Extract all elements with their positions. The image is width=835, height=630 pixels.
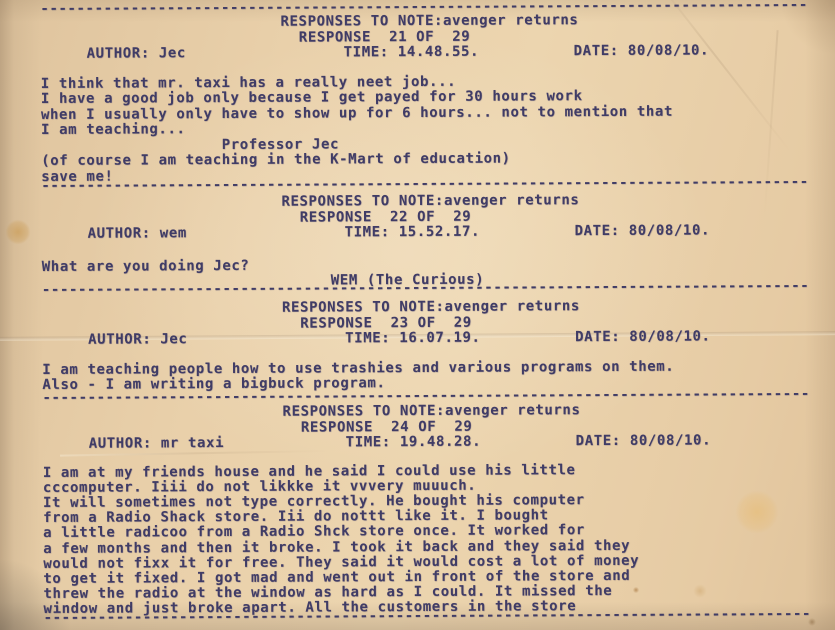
separator-line: ----------------------------------------… — [44, 607, 822, 627]
time-field: TIME:16.07.19. — [345, 331, 481, 347]
response-body: I am at my friends house and he said I c… — [43, 461, 822, 617]
date-label: DATE: — [575, 223, 620, 239]
date-value: 80/08/10. — [619, 42, 709, 58]
author-field: AUTHOR:Jec — [87, 46, 186, 62]
date-value: 80/08/10. — [621, 432, 711, 448]
time-field: TIME:14.48.55. — [344, 45, 480, 61]
author-value: Jec — [151, 331, 187, 347]
author-field: AUTHOR:wem — [88, 226, 187, 242]
author-value: Jec — [150, 45, 186, 61]
response-section-22: RESPONSES TO NOTE:avenger returns RESPON… — [41, 192, 819, 291]
author-label: AUTHOR: — [88, 225, 151, 241]
time-field: TIME:15.52.17. — [345, 225, 481, 241]
date-field: DATE:80/08/10. — [574, 43, 710, 59]
author-value: mr taxi — [152, 435, 224, 451]
date-label: DATE: — [575, 329, 620, 345]
time-label: TIME: — [346, 434, 391, 450]
response-meta: AUTHOR:wem TIME:15.52.17. DATE:80/08/10. — [42, 223, 820, 243]
response-section-23: RESPONSES TO NOTE:avenger returns RESPON… — [42, 298, 820, 394]
response-meta: AUTHOR:Jec TIME:16.07.19. DATE:80/08/10. — [42, 329, 820, 349]
author-label: AUTHOR: — [88, 331, 151, 347]
author-value: wem — [151, 225, 187, 241]
date-label: DATE: — [574, 43, 619, 59]
author-field: AUTHOR:Jec — [88, 332, 187, 348]
author-label: AUTHOR: — [87, 45, 150, 61]
response-meta: AUTHOR:Jec TIME:14.48.55. DATE:80/08/10. — [41, 43, 819, 63]
date-value: 80/08/10. — [620, 222, 710, 238]
date-value: 80/08/10. — [620, 328, 710, 344]
date-field: DATE:80/08/10. — [576, 433, 712, 449]
time-label: TIME: — [345, 224, 390, 240]
time-label: TIME: — [344, 44, 389, 60]
time-value: 16.07.19. — [390, 330, 480, 346]
date-field: DATE:80/08/10. — [575, 329, 711, 345]
response-meta: AUTHOR:mr taxi TIME:19.48.28. DATE:80/08… — [43, 433, 821, 453]
time-value: 15.52.17. — [390, 224, 480, 240]
response-section-21: RESPONSES TO NOTE:avenger returns RESPON… — [40, 12, 819, 185]
response-body: I think that mr. taxi has a really neet … — [41, 72, 820, 185]
date-field: DATE:80/08/10. — [575, 223, 711, 239]
time-label: TIME: — [345, 330, 390, 346]
time-value: 19.48.28. — [391, 434, 481, 450]
response-section-24: RESPONSES TO NOTE:avenger returns RESPON… — [42, 402, 821, 618]
author-field: AUTHOR:mr taxi — [89, 436, 224, 452]
time-value: 14.48.55. — [389, 44, 479, 60]
date-label: DATE: — [576, 433, 621, 449]
author-label: AUTHOR: — [89, 435, 152, 451]
time-field: TIME:19.48.28. — [346, 435, 482, 451]
scanned-printout: ----------------------------------------… — [0, 0, 835, 630]
separator-line: ----------------------------------------… — [42, 279, 820, 299]
